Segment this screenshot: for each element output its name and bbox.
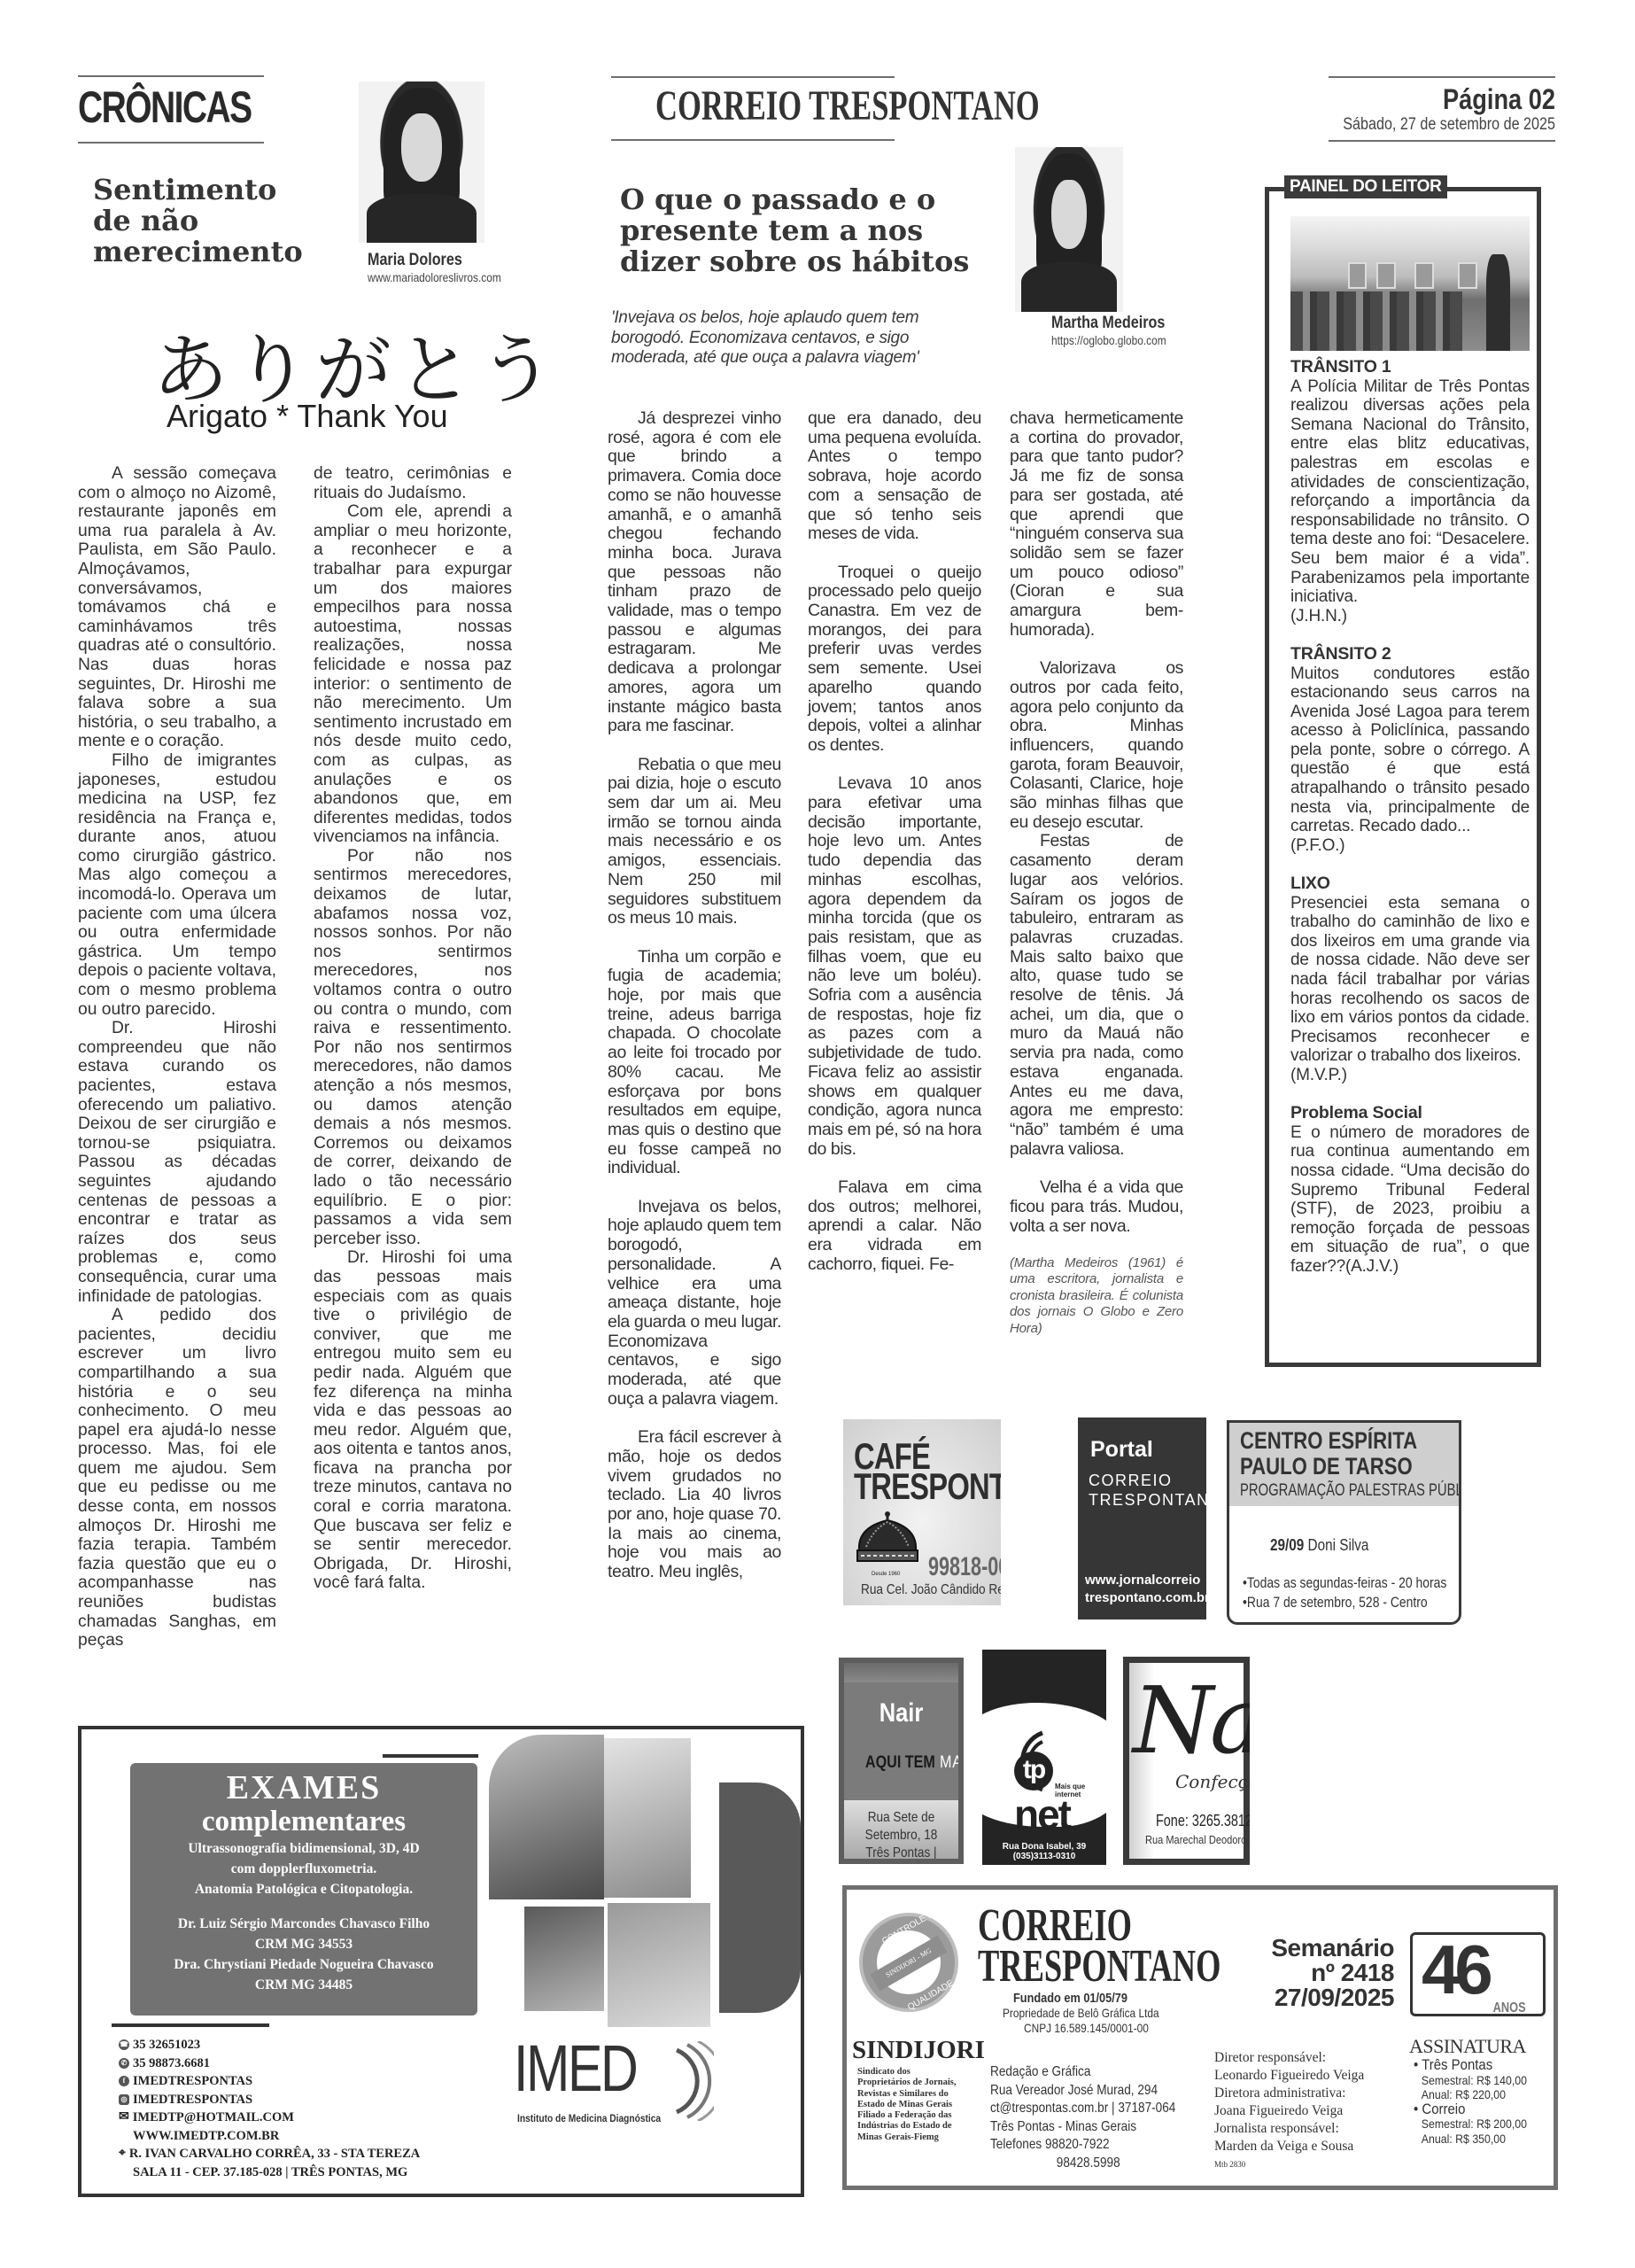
headline-line: de não xyxy=(93,206,359,237)
ad-espirita-date: 29/09 xyxy=(1270,1536,1304,1554)
author-photo-martha-medeiros xyxy=(1015,147,1123,312)
paragraph: chava hermeticamente a cortina do provad… xyxy=(1010,409,1183,640)
paragraph: Falava em cima dos outros; melhorei, apr… xyxy=(808,1178,981,1275)
page-date: Sábado, 27 de setembro de 2025 xyxy=(1329,115,1555,135)
painel-photo-police-lecture xyxy=(1290,216,1530,351)
mail-icon: ✉ xyxy=(119,2109,129,2127)
paragraph: Dr. Hiroshi compreendeu que não estava c… xyxy=(78,1019,276,1306)
article2-pull-quote: 'Invejava os belos, hoje aplaudo quem te… xyxy=(611,308,983,369)
paragraph: Levava 10 anos para efetivar uma decisão… xyxy=(808,774,981,1159)
imed-facebook[interactable]: IMEDTRESPONTAS xyxy=(133,2072,252,2091)
paragraph: A pedido dos pacientes, decidiu escrever… xyxy=(78,1306,276,1651)
imed-heading-1: EXAMES xyxy=(130,1768,477,1807)
crown-icon xyxy=(852,1511,923,1570)
headline-line: dizer sobre os hábitos xyxy=(620,246,992,277)
paragraph: A sessão começava com o almoço no Aizomê… xyxy=(78,464,276,751)
facebook-icon: f xyxy=(119,2076,129,2086)
staff-line: Jornalista responsável: xyxy=(1214,2120,1364,2138)
painel-item-title: TRÂNSITO 2 xyxy=(1290,645,1530,664)
imed-doctor-crm: CRM MG 34553 xyxy=(130,1934,477,1954)
painel-item: Problema Social E o número de moradores … xyxy=(1290,1104,1530,1276)
malwee-logo: MALWEE xyxy=(940,1753,964,1772)
painel-item: TRÂNSITO 1 A Polícia Militar de Três Pon… xyxy=(1290,358,1530,625)
phone-icon: ☎ xyxy=(119,2039,129,2050)
header-rule-bottom-left xyxy=(78,142,264,144)
imed-email[interactable]: IMEDTP@HOTMAIL.COM xyxy=(133,2109,294,2127)
imed-photo-ultrasound xyxy=(489,1735,604,1899)
sindijori-line: Sindicato dos xyxy=(857,2067,957,2078)
ad-espirita-event: 29/09 Doni Silva xyxy=(1270,1536,1368,1555)
expediente-redacao: Redação e Gráfica Rua Vereador José Mura… xyxy=(990,2063,1175,2172)
whatsapp-icon: ✆ xyxy=(119,2058,129,2069)
paragraph: Rebatia o que meu pai dizia, hoje o escu… xyxy=(608,756,781,928)
assinatura-title: ASSINATURA xyxy=(1409,2035,1526,2058)
headline-line: Sentimento xyxy=(93,175,359,206)
nair-confeccoes-subtitle: Confecções xyxy=(1175,1771,1250,1792)
staff-mtb: Mtb 2830 xyxy=(1214,2155,1364,2173)
sindijori-line: Indústrias do Estado de xyxy=(857,2121,957,2132)
author-photo-maria-dolores xyxy=(359,82,484,243)
article1-author: Maria Dolores xyxy=(368,251,462,270)
nair-confeccoes-address: Rua Marechal Deodoro, 13 xyxy=(1145,1833,1250,1846)
tpnet-tagline: Mais que internet xyxy=(1055,1783,1106,1798)
painel-item-body: Muitos condutores estão estacionando seu… xyxy=(1290,664,1530,836)
imed-service: Ultrassonografia bidimensional, 3D, 4D xyxy=(130,1838,477,1859)
imed-address-1: R. IVAN CARVALHO CORRÊA, 33 - STA TEREZA xyxy=(129,2145,420,2163)
ad-imed[interactable]: EXAMES complementares Ultrassonografia b… xyxy=(78,1726,804,2197)
edition-type: Semanário xyxy=(1263,1936,1394,1961)
ad-nair-footer: Rua Sete de Setembro, 18 Três Pontas | 9… xyxy=(844,1800,958,1859)
imed-website[interactable]: WWW.IMEDTP.COM.BR xyxy=(133,2127,279,2146)
painel-item-body: A Polícia Militar de Três Pontas realizo… xyxy=(1290,377,1530,607)
ad-portal-line-2: CORREIO xyxy=(1089,1471,1173,1490)
ad-cafe-since: Desde 1960 xyxy=(872,1572,900,1577)
ad-cafe-title-2: TRESPONTANO xyxy=(854,1469,1001,1504)
painel-item-signature: (P.F.O.) xyxy=(1290,836,1530,856)
imed-address-2: SALA 11 - CEP. 37.185-028 | TRÊS PONTAS,… xyxy=(133,2163,407,2182)
paragraph: que era danado, deu uma pequena evoluída… xyxy=(808,409,981,544)
headline-line: presente tem a nos xyxy=(620,215,992,246)
redacao-phone: 98428.5998 xyxy=(990,2155,1175,2173)
paragraph: Por não nos sentirmos merecedores, deixa… xyxy=(314,847,512,1248)
painel-item-title: Problema Social xyxy=(1290,1104,1530,1123)
imed-photo-machine xyxy=(608,1903,710,2027)
headline-line: O que o passado e o xyxy=(620,184,992,215)
redacao-phone: Telefones 98820-7922 xyxy=(990,2136,1175,2155)
article2-column-3: chava hermeticamente a cortina do provad… xyxy=(1010,409,1183,1337)
redacao-line: Rua Vereador José Murad, 294 xyxy=(990,2082,1175,2101)
ad-nair-address: Rua Sete de Setembro, 18 xyxy=(853,1809,950,1845)
sindijori-line: Filiado a Federação das xyxy=(857,2110,957,2121)
expediente-cnpj: CNPJ 16.589.145/0001-00 xyxy=(1024,2021,1149,2035)
paragraph: Já desprezei vinho rosé, agora é com ele… xyxy=(608,409,781,736)
expediente-edition: Semanário nº 2418 27/09/2025 xyxy=(1263,1936,1394,2010)
redacao-line: Redação e Gráfica xyxy=(990,2063,1175,2082)
sindijori-line: Minas Gerais-Fiemg xyxy=(857,2132,957,2143)
assinatura-semestral: Semestral: R$ 200,00 xyxy=(1414,2117,1527,2132)
sindijori-line: Revistas e Similares do xyxy=(857,2089,957,2100)
ad-espirita-header: CENTRO ESPÍRITA PAULO DE TARSO PROGRAMAÇ… xyxy=(1229,1423,1459,1506)
paragraph: Troquei o queijo processado pelo queijo … xyxy=(808,563,981,756)
ad-nair-phone: Três Pontas | 99778.6907 xyxy=(853,1845,950,1864)
ad-espirita-bullet: •Todas as segundas-feiras - 20 horas xyxy=(1243,1573,1446,1593)
painel-item: TRÂNSITO 2 Muitos condutores estão estac… xyxy=(1290,645,1530,856)
imed-phone[interactable]: 35 32651023 xyxy=(133,2036,200,2054)
article2-author-url[interactable]: https://oglobo.globo.com xyxy=(1051,333,1166,347)
page-number: Página 02 xyxy=(1329,83,1555,116)
imed-whatsapp[interactable]: 35 98873.6681 xyxy=(133,2054,210,2073)
ad-tpnet[interactable]: tpnet Mais que internet Rua Dona Isabel,… xyxy=(982,1650,1106,1865)
imed-doctor: Dra. Chrystiani Piedade Nogueira Chavasc… xyxy=(130,1954,477,1975)
staff-line: Diretora administrativa: xyxy=(1214,2085,1364,2102)
ad-centro-espirita[interactable]: CENTRO ESPÍRITA PAULO DE TARSO PROGRAMAÇ… xyxy=(1227,1420,1461,1625)
header-rule-top-center xyxy=(611,76,895,78)
article1-author-url[interactable]: www.mariadoloreslivros.com xyxy=(368,270,501,284)
ad-portal-url-2: trespontano.com.br xyxy=(1085,1589,1206,1607)
imed-service: Anatomia Patológica e Citopatologia. xyxy=(130,1879,477,1899)
header-rule-top-left xyxy=(78,75,264,77)
redacao-line: Três Pontas - Minas Gerais xyxy=(990,2118,1175,2137)
ad-cafe-phone: 99818-0047 xyxy=(928,1552,1001,1582)
ad-nair-confeccoes[interactable]: NaiR Confecções Fone: 3265.3812 Rua Mare… xyxy=(1123,1657,1250,1865)
paragraph: Festas de casamento deram lugar aos veló… xyxy=(1010,832,1183,1159)
paragraph: Velha é a vida que ficou para trás. Mudo… xyxy=(1010,1178,1183,1236)
ad-cafe-trespontano[interactable]: CAFÉ TRESPONTANO Desde 1960 99818-0047 R… xyxy=(843,1419,1001,1605)
paragraph: Filho de imigrantes japoneses, estudou m… xyxy=(78,751,276,1019)
tpnet-logo-tp: tp xyxy=(1014,1751,1053,1790)
header-rule-bottom-right xyxy=(1329,140,1555,142)
painel-items: TRÂNSITO 1 A Polícia Militar de Três Pon… xyxy=(1290,358,1530,1277)
painel-do-leitor-tag: PAINEL DO LEITOR xyxy=(1284,175,1447,198)
imed-divider-top xyxy=(383,1754,478,1758)
staff-line: Joana Figueiredo Veiga xyxy=(1214,2102,1364,2120)
paragraph: Invejava os belos, hoje aplaudo quem tem… xyxy=(608,1198,781,1410)
sindijori-line: Proprietários de Jornais, xyxy=(857,2078,957,2088)
assinatura-prices: • Três Pontas Semestral: R$ 140,00 Anual… xyxy=(1414,2058,1527,2146)
imed-sound-wave-icon xyxy=(671,2041,714,2121)
instagram-icon: ◎ xyxy=(119,2094,129,2105)
expediente-founded: Fundado em 01/05/79 xyxy=(1013,1991,1127,2006)
staff-line: Leonardo Figueiredo Veiga xyxy=(1214,2067,1364,2085)
ad-portal-line-3: TRESPONTANO xyxy=(1089,1490,1206,1510)
nair-confeccoes-phone: Fone: 3265.3812 xyxy=(1156,1812,1250,1830)
painel-item-signature: (J.H.N.) xyxy=(1290,607,1530,626)
ad-espirita-title-1: CENTRO ESPÍRITA xyxy=(1240,1428,1411,1454)
headline-line: merecimento xyxy=(93,237,359,268)
painel-item-body: Presenciei esta semana o trabalho do cam… xyxy=(1290,894,1530,1066)
expediente-box: SINDIJORI - MG CONTROLE DE QUALIDADE COR… xyxy=(842,1885,1558,2190)
paragraph: Era fácil escrever à mão, hoje os dedos … xyxy=(608,1428,781,1582)
expediente-title-2: TRESPONTANO xyxy=(978,1946,1220,1987)
imed-heading-2: complementares xyxy=(130,1806,477,1838)
header-rule-bottom-center xyxy=(611,139,895,141)
assinatura-city: • Correio xyxy=(1414,2102,1527,2117)
imed-instagram[interactable]: IMEDTRESPONTAS xyxy=(133,2091,252,2109)
imed-contacts: ☎35 32651023 ✆35 98873.6681 fIMEDTRESPON… xyxy=(119,2036,420,2181)
anniversary-label: ANOS xyxy=(1493,2000,1526,2016)
staff-line: Diretor responsável: xyxy=(1214,2049,1364,2067)
anniversary-years: 46 xyxy=(1422,1930,1488,2010)
ad-espirita-subtitle: PROGRAMAÇÃO PALESTRAS PÚBLICAS xyxy=(1240,1481,1402,1501)
imed-photo-bg xyxy=(719,1783,801,2013)
tpnet-address: Rua Dona Isabel, 39 (035)3113-0310 xyxy=(982,1842,1106,1861)
expediente-staff: Diretor responsável: Leonardo Figueiredo… xyxy=(1214,2049,1364,2173)
article1-column-2: de teatro, cerimônias e rituais do Judaí… xyxy=(314,464,512,1593)
edition-date: 27/09/2025 xyxy=(1263,1985,1394,2010)
painel-item-body: E o número de moradores de rua continua … xyxy=(1290,1123,1530,1277)
nair-confeccoes-logo: NaiR xyxy=(1133,1666,1250,1775)
ad-cafe-address: Rua Cel. João Cândido Reis, 61 xyxy=(861,1582,1001,1598)
section-title: CRÔNICAS xyxy=(78,82,252,133)
painel-item-signature: (M.V.P.) xyxy=(1290,1066,1530,1085)
painel-item-title: TRÂNSITO 1 xyxy=(1290,358,1530,377)
arigato-caption: Arigato * Thank You xyxy=(167,398,448,435)
imed-logo: IMED xyxy=(514,2031,636,2106)
anniversary-badge: 46 ANOS xyxy=(1410,1932,1546,2016)
paragraph: Tinha um corpão e fugia de academia; hoj… xyxy=(608,948,781,1178)
imed-logo-subtitle: Instituto de Medicina Diagnóstica xyxy=(517,2112,661,2124)
article1-headline: Sentimento de não merecimento xyxy=(93,175,359,268)
imed-divider xyxy=(112,2023,269,2027)
expediente-owner: Propriedade de Belô Gráfica Ltda xyxy=(1003,2006,1159,2020)
imed-photo-screen xyxy=(524,1907,604,2011)
imed-service: com dopplerfluxometria. xyxy=(130,1859,477,1879)
ad-portal-correio-trespontano[interactable]: Portal CORREIO TRESPONTANO www.jornalcor… xyxy=(1078,1417,1206,1619)
edition-number: nº 2418 xyxy=(1263,1961,1394,1985)
author-bio-note: (Martha Medeiros (1961) é uma escritora,… xyxy=(1010,1255,1183,1338)
article1-column-1: A sessão começava com o almoço no Aizomê… xyxy=(78,464,276,1651)
imed-photo-probe xyxy=(604,1738,691,1898)
header-rule-top-right xyxy=(1329,76,1555,78)
painel-item: LIXO Presenciei esta semana o trabalho d… xyxy=(1290,874,1530,1085)
imed-doctor-crm: CRM MG 34485 xyxy=(130,1975,477,1995)
ad-nair-name: Nair xyxy=(853,1698,950,1728)
assinatura-anual: Anual: R$ 350,00 xyxy=(1414,2132,1527,2147)
article2-author: Martha Medeiros xyxy=(1051,314,1165,333)
ad-nair-tagline: AQUI TEMMALWEE xyxy=(865,1753,964,1773)
location-pin-icon: ⌖ xyxy=(119,2145,126,2163)
sindijori-line: Estado de Minas Gerais xyxy=(857,2100,957,2110)
paragraph: de teatro, cerimônias e rituais do Judaí… xyxy=(314,464,512,502)
ad-espirita-title-2: PAULO DE TARSO xyxy=(1240,1454,1411,1480)
article2-column-2: que era danado, deu uma pequena evoluída… xyxy=(808,409,981,1293)
assinatura-city: • Três Pontas xyxy=(1414,2058,1527,2073)
newspaper-name: CORREIO TRESPONTANO xyxy=(655,82,1040,130)
paragraph: Com ele, aprendi a ampliar o meu horizon… xyxy=(314,502,512,847)
painel-item-title: LIXO xyxy=(1290,874,1530,894)
article2-headline: O que o passado e o presente tem a nos d… xyxy=(620,184,992,277)
quality-control-seal: SINDIJORI - MG CONTROLE DE QUALIDADE xyxy=(859,1913,958,2012)
article2-column-1: Já desprezei vinho rosé, agora é com ele… xyxy=(608,409,781,1602)
imed-doctor: Dr. Luiz Sérgio Marcondes Chavasco Filho xyxy=(130,1914,477,1934)
paragraph: Dr. Hiroshi foi uma das pessoas mais esp… xyxy=(314,1248,512,1593)
ad-espirita-speaker: Doni Silva xyxy=(1308,1536,1369,1554)
ad-nair-tagline-text: AQUI TEM xyxy=(865,1753,935,1772)
ad-portal-url-1: www.jornalcorreio xyxy=(1085,1572,1200,1589)
sindijori-title: SINDIJORI xyxy=(852,2036,985,2065)
paragraph: Valorizava os outros por cada feito, ago… xyxy=(1010,659,1183,832)
sindijori-description: Sindicato dos Proprietários de Jornais, … xyxy=(857,2067,957,2143)
ad-portal-title: Portal xyxy=(1090,1437,1153,1463)
ad-nair-malwee[interactable]: Nair AQUI TEMMALWEE Rua Sete de Setembro… xyxy=(839,1658,964,1864)
ad-espirita-bullet: •Rua 7 de setembro, 528 - Centro xyxy=(1243,1593,1428,1612)
staff-line: Marden da Veiga e Sousa xyxy=(1214,2138,1364,2155)
redacao-email[interactable]: ct@trespontas.com.br | 37187-064 xyxy=(990,2100,1175,2118)
imed-exames-panel: EXAMES complementares Ultrassonografia b… xyxy=(130,1763,477,2016)
assinatura-semestral: Semestral: R$ 140,00 xyxy=(1414,2073,1527,2088)
